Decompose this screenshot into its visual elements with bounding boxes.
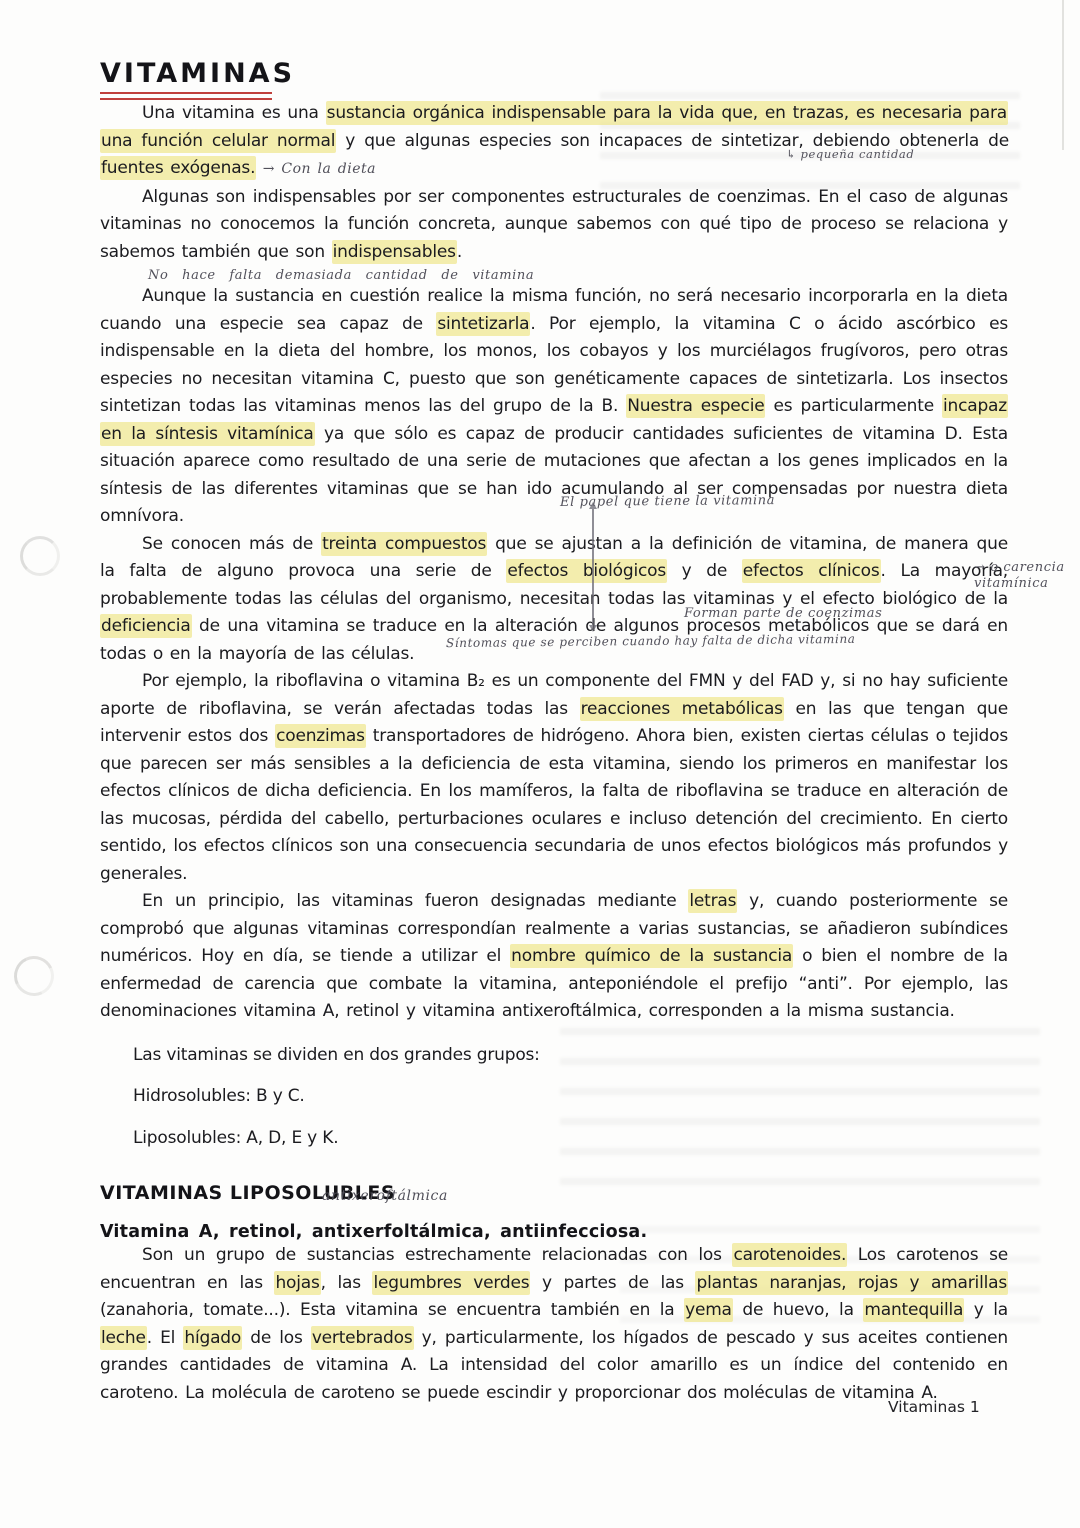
section-heading-liposolubles: VITAMINAS LIPOSOLUBLES bbox=[100, 1182, 1008, 1204]
text-segment: de los bbox=[242, 1328, 311, 1348]
subheading-vitamina-a: Vitamina A, retinol, antixerfoltálmica, … bbox=[100, 1222, 1008, 1242]
highlighted-text: leche bbox=[100, 1326, 147, 1350]
highlighted-text: mantequilla bbox=[863, 1298, 964, 1322]
text-segment: , las bbox=[321, 1273, 373, 1293]
highlighted-text: hojas bbox=[274, 1271, 320, 1295]
highlighted-text: hígado bbox=[183, 1326, 242, 1350]
text-segment: Se conocen más de bbox=[142, 534, 321, 554]
up-arrow-icon bbox=[589, 502, 597, 509]
highlighted-text: coenzimas bbox=[275, 724, 366, 748]
handwritten-note-coenzimas: Forman parte de coenzimas bbox=[684, 606, 882, 622]
paragraph-indispensables: Algunas son indispensables por ser compo… bbox=[100, 184, 1008, 267]
text-segment: En un principio, las vitaminas fueron de… bbox=[142, 891, 688, 911]
down-arrow-icon bbox=[589, 625, 597, 632]
notes-content: VITAMINAS Una vitamina es una sustancia … bbox=[0, 0, 1080, 1407]
highlighted-text: letras bbox=[688, 889, 737, 913]
highlighted-text: plantas naranjas, rojas y amarillas bbox=[695, 1271, 1008, 1295]
text-segment: Algunas son indispensables por ser compo… bbox=[100, 187, 1008, 262]
highlighted-text: indispensables bbox=[332, 240, 457, 264]
highlighted-text: sintetizarla bbox=[436, 312, 530, 336]
groups-item-hidrosolubles: Hidrosolubles: B y C. bbox=[100, 1083, 1008, 1111]
text-segment: es particularmente bbox=[765, 396, 942, 416]
highlighted-text: yema bbox=[684, 1298, 733, 1322]
highlighted-text: treinta compuestos bbox=[321, 532, 487, 556]
highlighted-text: nombre químico de la sustancia bbox=[510, 944, 793, 968]
page-footer: Vitaminas 1 bbox=[888, 1398, 980, 1416]
highlighted-text: deficiencia bbox=[100, 614, 192, 638]
text-segment: (zanahoria, tomate...). Esta vitamina se… bbox=[100, 1300, 684, 1320]
title-underline bbox=[100, 92, 272, 100]
annotation-arrow-line bbox=[592, 508, 594, 626]
paragraph-nomenclatura: En un principio, las vitaminas fueron de… bbox=[100, 888, 1008, 1026]
highlighted-text: carotenoides. bbox=[732, 1243, 847, 1267]
text-segment: y de bbox=[667, 561, 742, 581]
handwritten-note-cantidad: No hace falta demasiada cantidad de vita… bbox=[148, 268, 1008, 283]
handwritten-note-carencia: → o carencia vitamínica bbox=[974, 560, 1074, 592]
handwritten-note-trazas: ↳ pequeña cantidad bbox=[786, 146, 914, 162]
highlighted-text: efectos biológicos bbox=[506, 559, 667, 583]
highlighted-text: reacciones metabólicas bbox=[580, 697, 784, 721]
paragraph-sintesis: Aunque la sustancia en cuestión realice … bbox=[100, 283, 1008, 531]
text-segment: Una vitamina es una bbox=[142, 103, 326, 123]
paragraph-vitamin-definition: Una vitamina es una sustancia orgánica i… bbox=[100, 100, 1008, 184]
highlighted-text: legumbres verdes bbox=[372, 1271, 530, 1295]
paragraph-carotenoides: Son un grupo de sustancias estrechamente… bbox=[100, 1242, 1008, 1407]
text-segment: y la bbox=[964, 1300, 1008, 1320]
text-segment: de huevo, la bbox=[733, 1300, 864, 1320]
groups-item-liposolubles: Liposolubles: A, D, E y K. bbox=[100, 1125, 1008, 1153]
text-segment: Son un grupo de sustancias estrechamente… bbox=[142, 1245, 732, 1265]
highlighted-text: Nuestra especie bbox=[626, 394, 765, 418]
highlighted-text: efectos clínicos bbox=[742, 559, 881, 583]
text-segment: . bbox=[457, 242, 462, 262]
handwritten-inline-note: → Con la dieta bbox=[256, 161, 376, 177]
paragraph-riboflavina: Por ejemplo, la riboflavina o vitamina B… bbox=[100, 668, 1008, 888]
groups-intro-line: Las vitaminas se dividen en dos grandes … bbox=[100, 1042, 1008, 1070]
handwritten-note-correccion: antixeroftálmica bbox=[322, 1188, 448, 1204]
text-segment: y partes de las bbox=[530, 1273, 695, 1293]
text-segment: transportadores de hidrógeno. Ahora bien… bbox=[100, 726, 1008, 884]
highlighted-text: vertebrados bbox=[311, 1326, 414, 1350]
page-title: VITAMINAS bbox=[100, 58, 1008, 89]
highlighted-text: fuentes exógenas. bbox=[100, 156, 256, 180]
scanned-notes-page: VITAMINAS Una vitamina es una sustancia … bbox=[0, 0, 1080, 1528]
text-segment: . El bbox=[147, 1328, 184, 1348]
